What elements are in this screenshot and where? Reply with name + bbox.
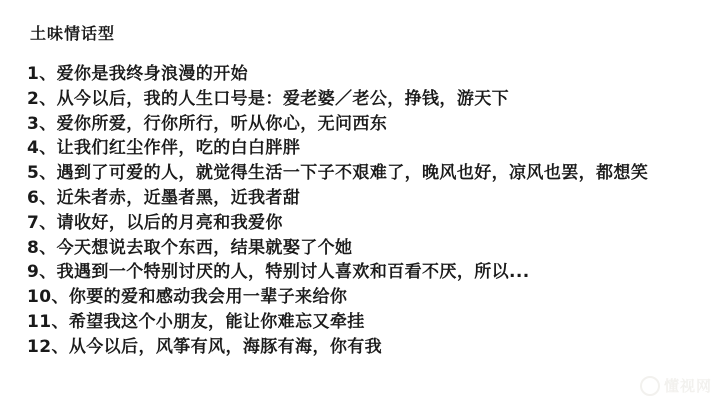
circle-logo-icon — [640, 376, 660, 396]
list-item: 2、从今以后，我的人生口号是：爱老婆／老公，挣钱，游天下 — [27, 87, 720, 112]
watermark: 懂视网 — [640, 375, 712, 396]
list-item: 12、从今以后，风筝有风，海豚有海，你有我 — [27, 335, 720, 360]
page-title: 土味情话型 — [30, 21, 115, 44]
list-item: 9、我遇到一个特别讨厌的人，特别讨人喜欢和百看不厌，所以... — [27, 260, 720, 285]
list-item: 4、让我们红尘作伴，吃的白白胖胖 — [27, 136, 720, 161]
list-item: 11、希望我这个小朋友，能让你难忘又牵挂 — [27, 310, 720, 335]
list-item: 7、请收好，以后的月亮和我爱你 — [27, 211, 720, 236]
list-item: 1、爱你是我终身浪漫的开始 — [27, 62, 720, 87]
list-item: 10、你要的爱和感动我会用一辈子来给你 — [27, 285, 720, 310]
list-item: 3、爱你所爱，行你所行，听从你心，无问西东 — [27, 112, 720, 137]
pickup-lines-list: 1、爱你是我终身浪漫的开始 2、从今以后，我的人生口号是：爱老婆／老公，挣钱，游… — [27, 62, 720, 360]
list-item: 8、今天想说去取个东西，结果就娶了个她 — [27, 236, 720, 261]
watermark-label: 懂视网 — [664, 375, 712, 396]
text-image-page: 土味情话型 1、爱你是我终身浪漫的开始 2、从今以后，我的人生口号是：爱老婆／老… — [0, 0, 720, 401]
list-item: 5、遇到了可爱的人，就觉得生活一下子不艰难了，晚风也好，凉风也罢，都想笑 — [27, 161, 720, 186]
list-item: 6、近朱者赤，近墨者黑，近我者甜 — [27, 186, 720, 211]
